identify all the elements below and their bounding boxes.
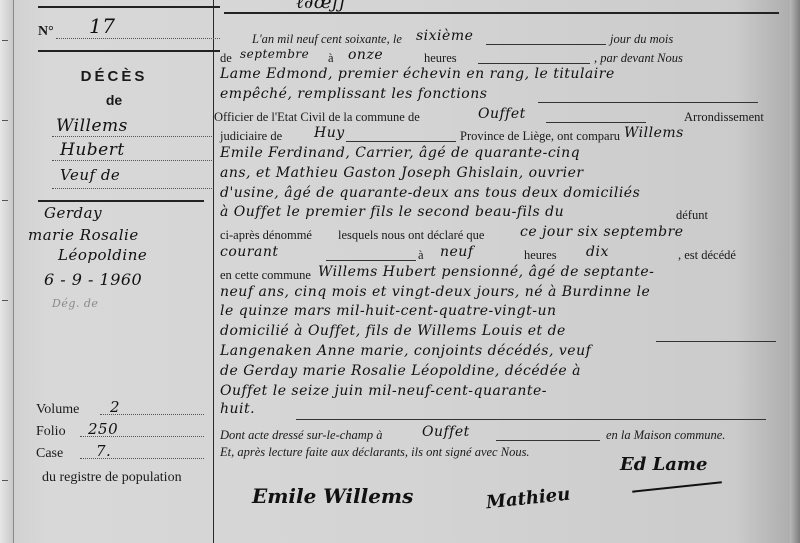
number-value: 17 xyxy=(89,14,115,38)
volume-label: Volume xyxy=(36,402,79,418)
month-field: septembre xyxy=(240,47,309,61)
spouse-third-name: Léopoldine xyxy=(58,246,147,264)
signature-officer: Ed Lame xyxy=(620,454,707,475)
deceased-firstname: Hubert xyxy=(60,140,125,160)
comparant-field: Willems xyxy=(624,125,684,141)
deceased-surname: Willems xyxy=(56,116,128,136)
death-date: 6 - 9 - 1960 xyxy=(44,270,142,289)
volume-value: 2 xyxy=(110,398,120,416)
case-label: Case xyxy=(36,446,63,462)
line-officer: Lame Edmond, premier échevin en rang, le… xyxy=(216,66,791,86)
line-death-time: courant à neuf heures dix , est décédé xyxy=(216,244,791,264)
line-officer-role: empêché, remplissant les fonctions xyxy=(216,86,791,106)
stub-title: DÉCÈS xyxy=(14,68,214,85)
stub-title-de: de xyxy=(14,92,214,108)
line-commune: Officier de l'Etat Civil de la commune d… xyxy=(216,106,791,126)
case-value: 7. xyxy=(96,442,111,460)
hour-field: onze xyxy=(348,47,383,63)
line-declaration: ci-après dénommé lesquels nous ont décla… xyxy=(216,224,791,244)
line-judiciaire: judiciaire de Huy Province de Liège, ont… xyxy=(216,125,791,145)
status: Veuf de xyxy=(60,166,120,184)
spouse-given-names: marie Rosalie xyxy=(28,226,139,244)
spouse-surname: Gerday xyxy=(44,204,102,222)
day-field: sixième xyxy=(416,28,473,44)
certificate-body: ℓ∂œƒƒ L'an mil neuf cent soixante, le si… xyxy=(216,0,791,543)
signature-declarant-2: Mathieu xyxy=(485,484,571,514)
signature-declarant-1: Emile Willems xyxy=(252,484,413,508)
binding-edge xyxy=(0,0,14,543)
page-edge xyxy=(790,0,800,543)
commune-field: Ouffet xyxy=(478,106,526,122)
folio-value: 250 xyxy=(88,420,118,438)
line-date-intro: L'an mil neuf cent soixante, le sixième … xyxy=(216,28,791,48)
register-footer: du registre de population xyxy=(42,470,182,486)
certificate-page: N° 17 DÉCÈS de Willems Hubert Veuf de Ge… xyxy=(0,0,800,543)
line-month-hour: de septembre à onze heures , par devant … xyxy=(216,47,791,67)
number-label: N° xyxy=(38,24,54,40)
arrondissement-field: Huy xyxy=(314,125,345,141)
annotation: Dég. de xyxy=(52,297,98,310)
folio-label: Folio xyxy=(36,424,66,440)
